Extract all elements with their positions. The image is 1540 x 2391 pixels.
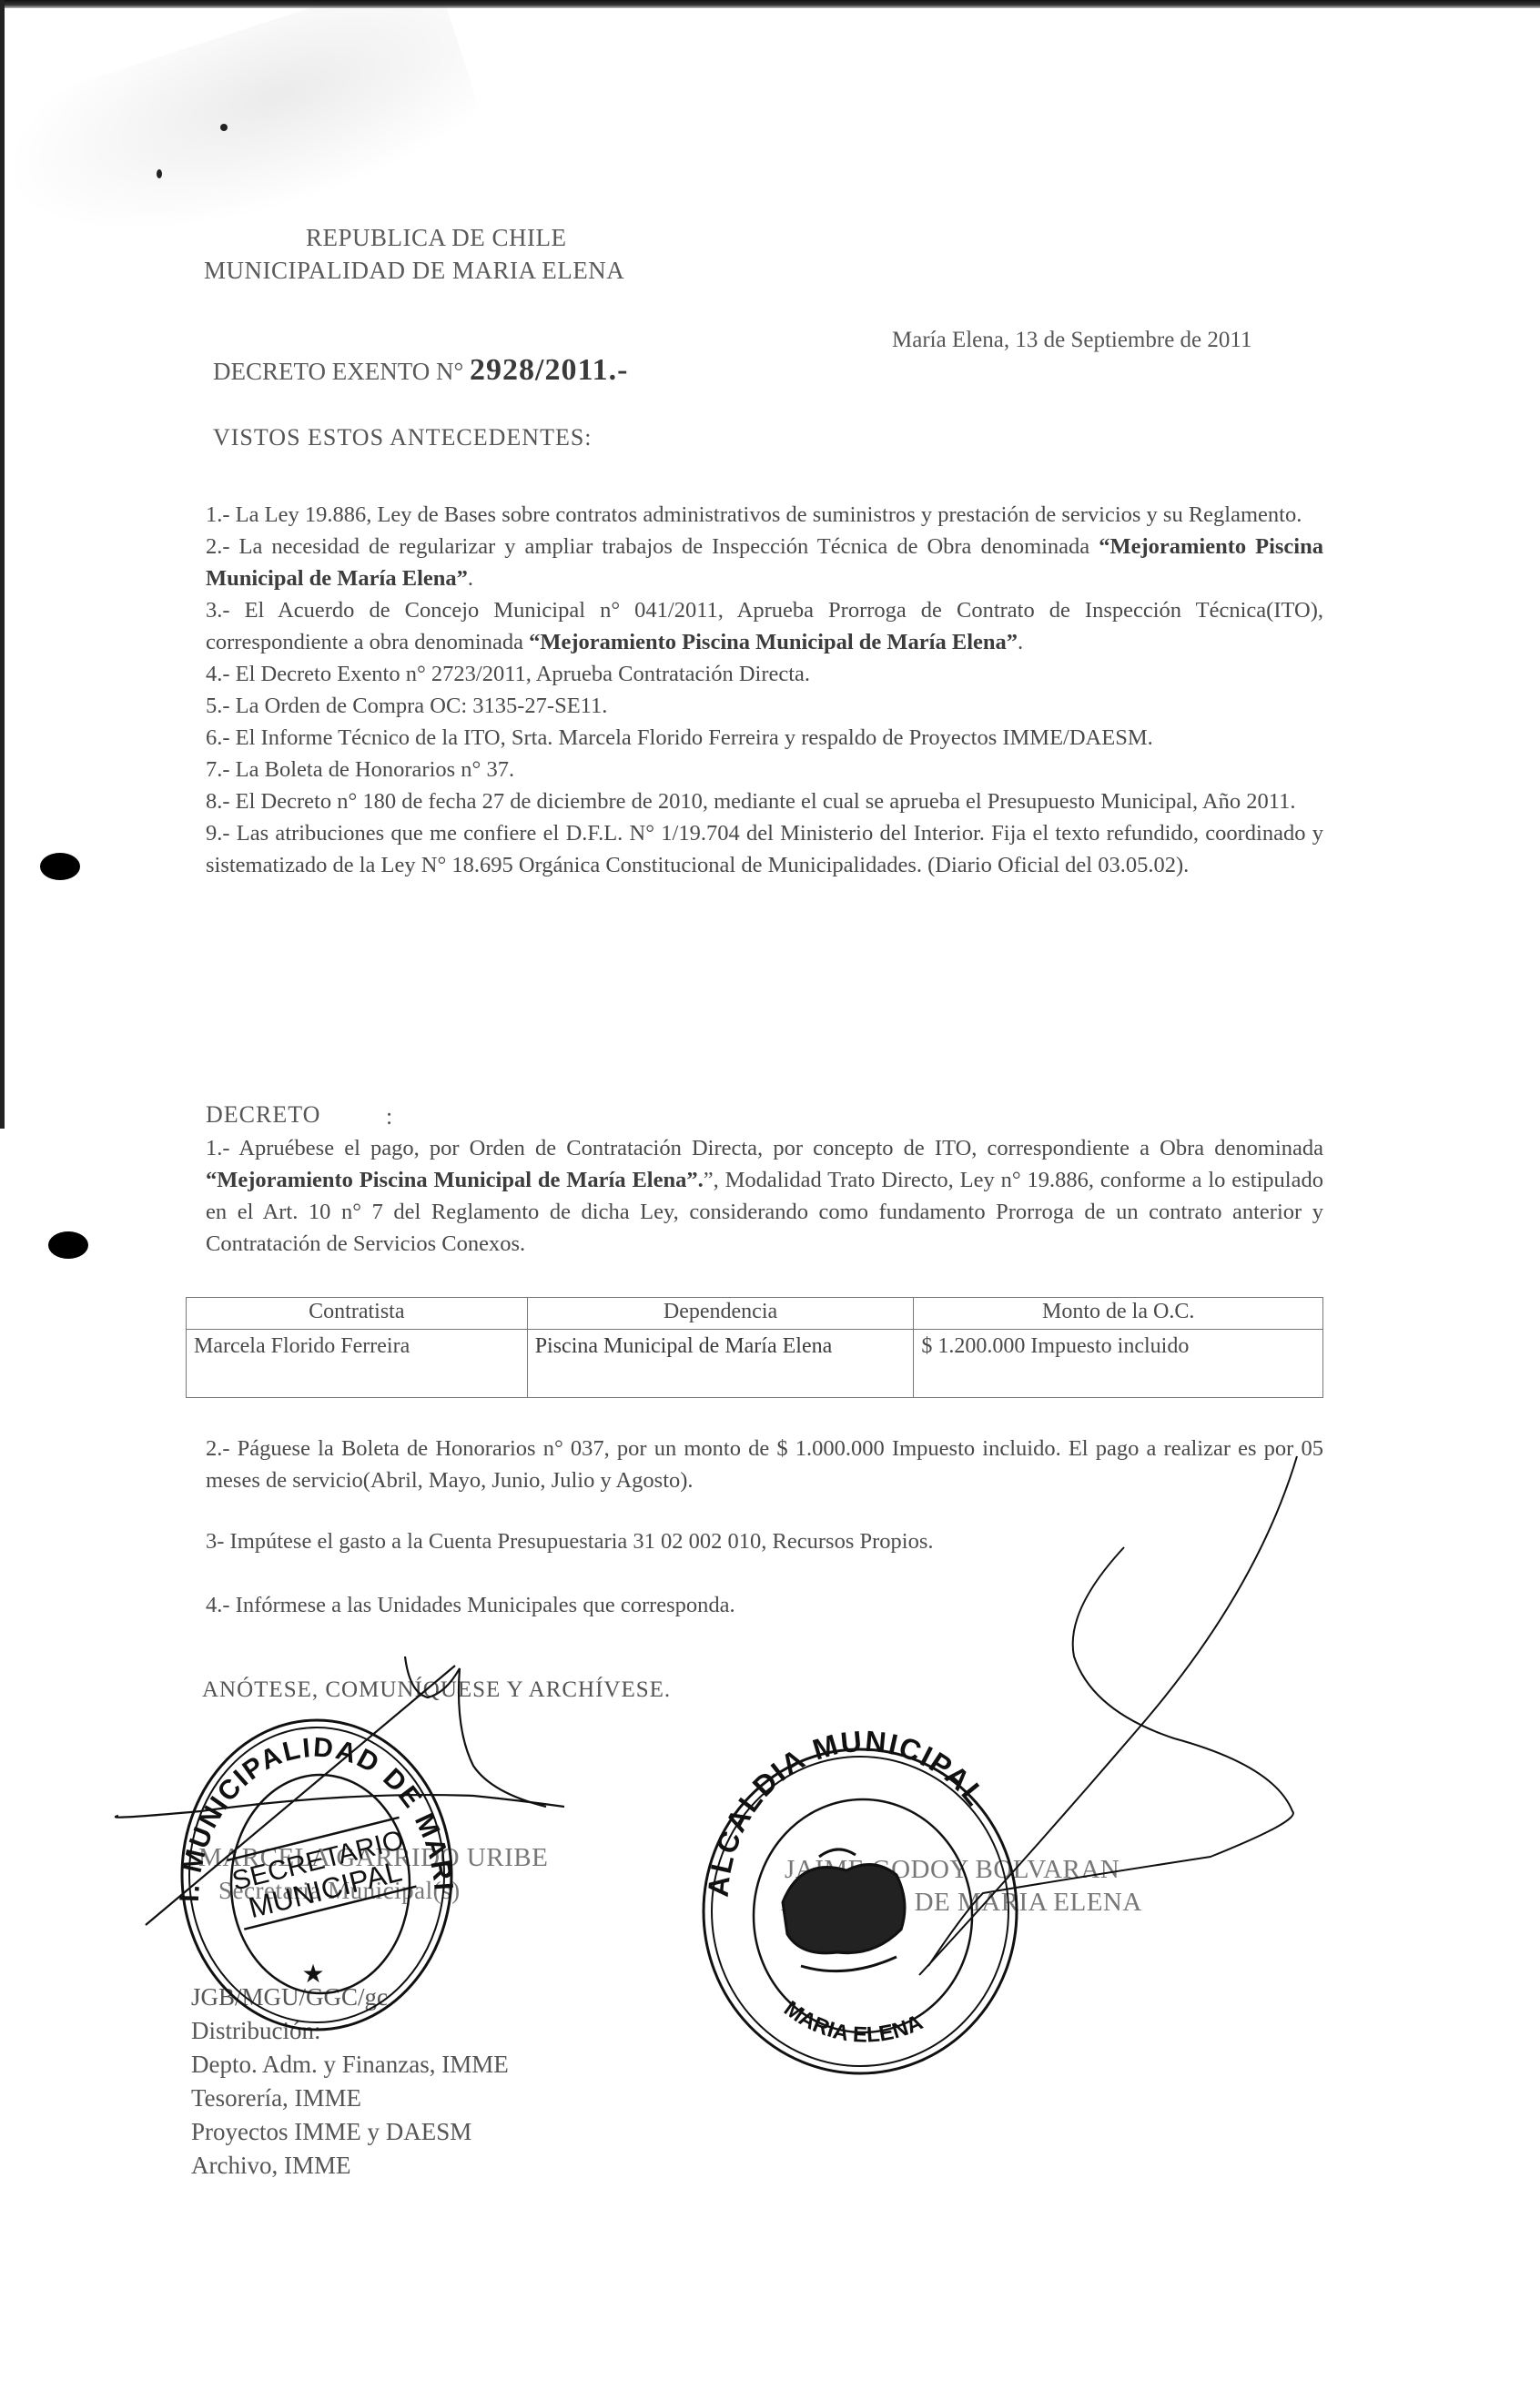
distribution-item: Tesorería, IMME (191, 2082, 361, 2115)
scan-top-edge (0, 0, 1540, 8)
decree-number-value: 2928/2011.- (470, 353, 628, 387)
closing-formula: ANÓTESE, COMUNÍQUESE Y ARCHÍVESE. (202, 1677, 671, 1703)
antecedente-item: 2.- La necesidad de regularizar y amplia… (206, 531, 1323, 594)
col-dependencia: Dependencia (527, 1298, 914, 1330)
cell-dependencia: Piscina Municipal de María Elena (527, 1330, 914, 1398)
scanned-document-page: REPUBLICA DE CHILE MUNICIPALIDAD DE MARI… (0, 0, 1540, 2391)
scan-speck (220, 124, 228, 131)
antecedente-item: 4.- El Decreto Exento n° 2723/2011, Apru… (206, 658, 1323, 690)
punch-hole (48, 1231, 88, 1259)
svg-text:MARIA ELENA: MARIA ELENA (779, 1996, 927, 2047)
antecedente-item: 1.- La Ley 19.886, Ley de Bases sobre co… (206, 499, 1323, 531)
left-signatory-role: Secretaria Municipal(s) (218, 1877, 461, 1905)
col-contratista: Contratista (187, 1298, 528, 1330)
col-monto: Monto de la O.C. (914, 1298, 1323, 1330)
table-header-row: Contratista Dependencia Monto de la O.C. (187, 1298, 1323, 1330)
decreto-item-1: 1.- Apruébese el pago, por Orden de Cont… (206, 1132, 1323, 1260)
distribution-item: Archivo, IMME (191, 2149, 350, 2183)
decreto-item-3: 3- Impútese el gasto a la Cuenta Presupu… (206, 1529, 934, 1555)
antecedente-item: 6.- El Informe Técnico de la ITO, Srta. … (206, 722, 1323, 754)
place-date: María Elena, 13 de Septiembre de 2011 (892, 328, 1251, 353)
antecedente-item: 7.- La Boleta de Honorarios n° 37. (206, 754, 1323, 785)
distribution-item: Depto. Adm. y Finanzas, IMME (191, 2048, 509, 2082)
cell-monto: $ 1.200.000 Impuesto incluido (914, 1330, 1323, 1398)
scan-speck (157, 169, 162, 178)
secretary-stamp: I. MUNICIPALIDAD DE MARIA ELENA SECRETAR… (0, 0, 459, 2030)
right-signatory-role: ALCALDE DE MARIA ELENA (781, 1888, 1142, 1918)
antecedentes-list: 1.- La Ley 19.886, Ley de Bases sobre co… (206, 499, 1323, 881)
stamp-ring-bottom: MARIA ELENA (779, 1996, 927, 2047)
antecedente-item: 3.- El Acuerdo de Concejo Municipal n° 0… (206, 594, 1323, 658)
decreto-item-2: 2.- Páguese la Boleta de Honorarios n° 0… (206, 1433, 1323, 1496)
table-row: Marcela Florido Ferreira Piscina Municip… (187, 1330, 1323, 1398)
antecedente-item: 5.- La Orden de Compra OC: 3135-27-SE11. (206, 690, 1323, 722)
header-municipality: MUNICIPALIDAD DE MARIA ELENA (204, 257, 624, 285)
header-country: REPUBLICA DE CHILE (306, 224, 567, 252)
antecedentes-title: VISTOS ESTOS ANTECEDENTES: (213, 424, 593, 451)
punch-hole (40, 853, 80, 880)
payment-table: Contratista Dependencia Monto de la O.C.… (186, 1297, 1323, 1398)
decree-label: DECRETO EXENTO N° (213, 358, 463, 385)
decreto-title: DECRETO (206, 1101, 320, 1129)
distribution-item: Proyectos IMME y DAESM (191, 2115, 471, 2149)
distribution-label: Distribución: (191, 2014, 321, 2048)
decreto-item-4: 4.- Infórmese a las Unidades Municipales… (206, 1593, 735, 1618)
left-signatory-name: MARCELA GARRIDO URIBE (198, 1843, 548, 1873)
decreto-colon: : (386, 1103, 393, 1130)
reference-initials: JGB/MGU/GGC/gc (191, 1981, 388, 2014)
antecedente-item: 9.- Las atribuciones que me confiere el … (206, 817, 1323, 881)
right-signatory-name: JAIME GODOY BOLVARAN (785, 1855, 1120, 1885)
antecedente-item: 8.- El Decreto n° 180 de fecha 27 de dic… (206, 785, 1323, 817)
cell-contratista: Marcela Florido Ferreira (187, 1330, 528, 1398)
decree-number: DECRETO EXENTO N° 2928/2011.- (213, 353, 628, 388)
